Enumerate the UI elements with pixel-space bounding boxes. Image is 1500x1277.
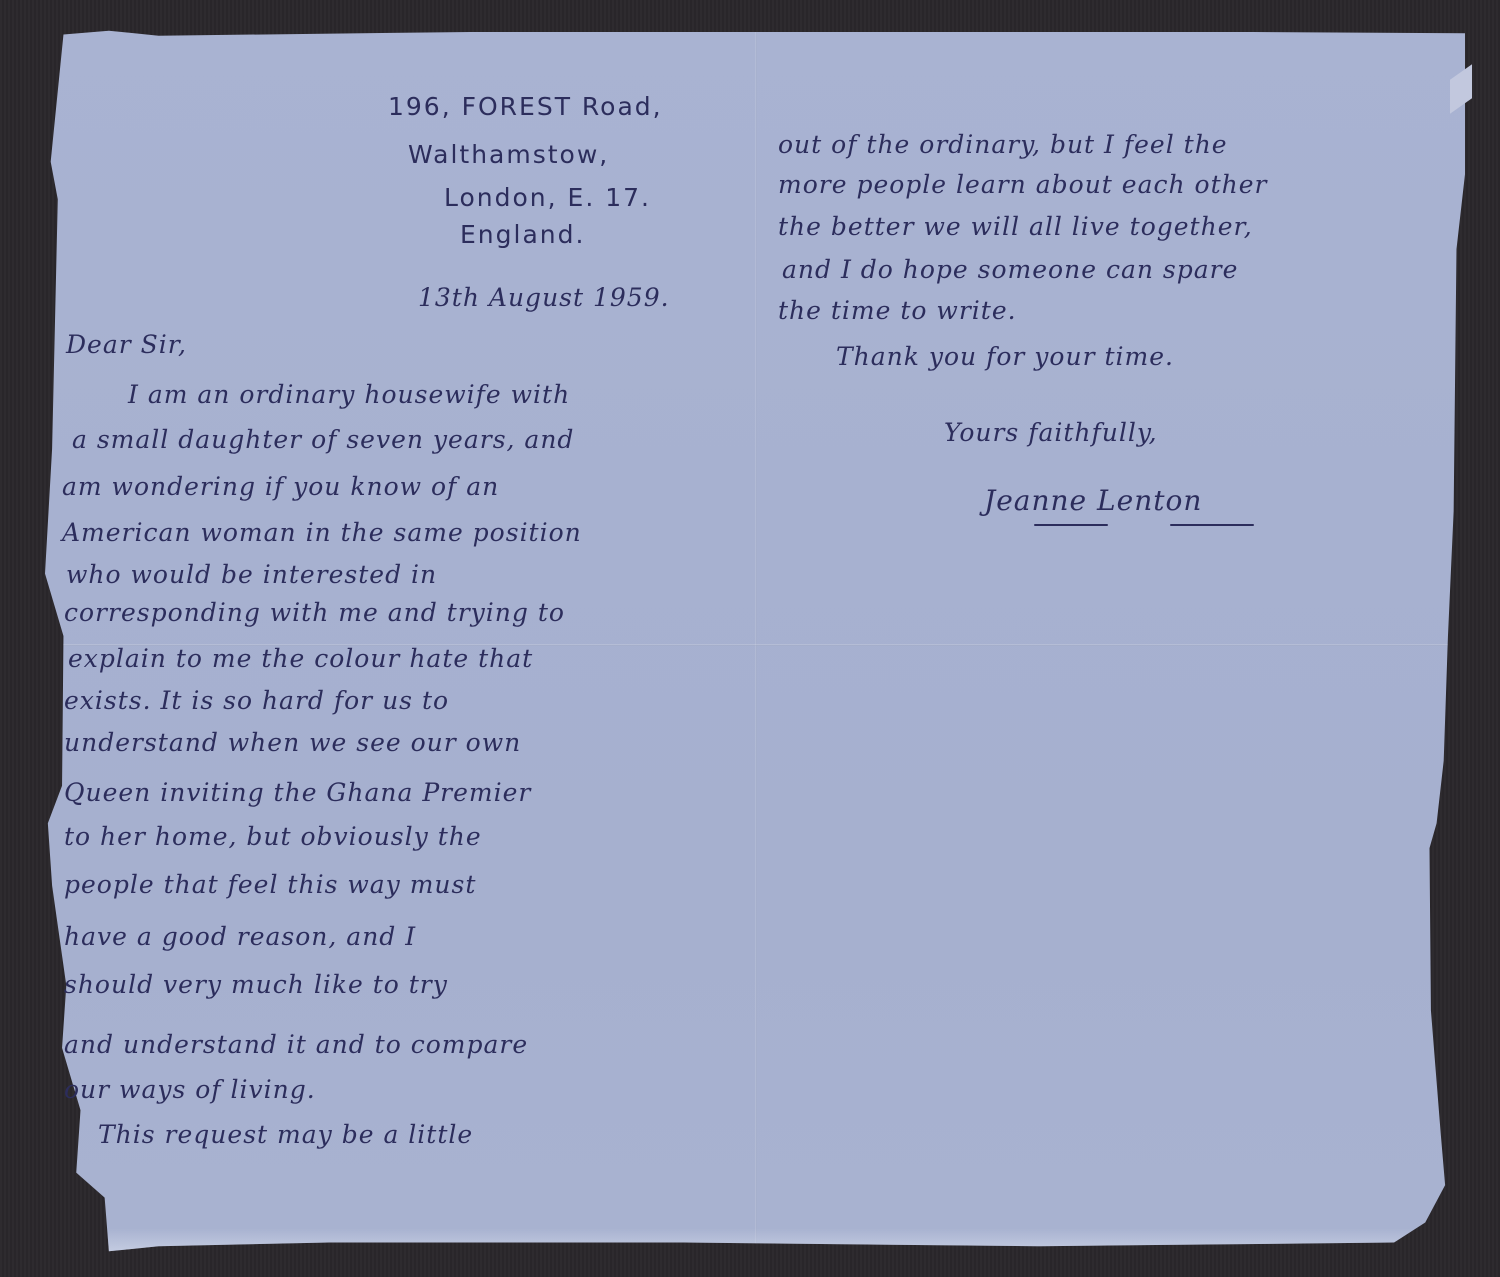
body-line: the time to write. [778, 296, 1017, 325]
body-line: exists. It is so hard for us to [64, 686, 449, 715]
body-line: I am an ordinary housewife with [128, 380, 570, 409]
body-line: understand when we see our own [64, 728, 521, 757]
body-line: explain to me the colour hate that [68, 644, 533, 673]
address-line: Walthamstow, [408, 140, 609, 169]
salutation: Dear Sir, [66, 330, 187, 359]
vertical-fold-line [755, 12, 757, 1260]
letter-date: 13th August 1959. [418, 283, 670, 312]
body-line: a small daughter of seven years, and [72, 425, 574, 454]
signature-underline [1170, 524, 1254, 526]
body-line: am wondering if you know of an [62, 472, 499, 501]
body-line: who would be interested in [66, 560, 437, 589]
signature: Jeanne Lenton [984, 484, 1202, 517]
address-line: London, E. 17. [444, 183, 651, 212]
body-line: to her home, but obviously the [64, 822, 482, 851]
letter-paper [45, 12, 1465, 1260]
address-line: 196, FOREST Road, [388, 92, 663, 121]
address-line: England. [460, 220, 585, 249]
body-line: the better we will all live together, [778, 212, 1253, 241]
body-line: and I do hope someone can spare [782, 255, 1238, 284]
thanks-line: Thank you for your time. [836, 342, 1174, 371]
body-line: more people learn about each other [778, 170, 1267, 199]
body-line: Queen inviting the Ghana Premier [64, 778, 531, 807]
signature-underline [1034, 524, 1108, 526]
body-line: corresponding with me and trying to [64, 598, 565, 627]
closing-line: Yours faithfully, [944, 418, 1158, 447]
body-line: have a good reason, and I [64, 922, 416, 951]
body-line: our ways of living. [64, 1075, 316, 1104]
body-line: This request may be a little [98, 1120, 473, 1149]
body-line: American woman in the same position [62, 518, 582, 547]
body-line: out of the ordinary, but I feel the [778, 130, 1228, 159]
body-line: should very much like to try [64, 970, 448, 999]
body-line: and understand it and to compare [64, 1030, 528, 1059]
body-line: people that feel this way must [64, 870, 476, 899]
